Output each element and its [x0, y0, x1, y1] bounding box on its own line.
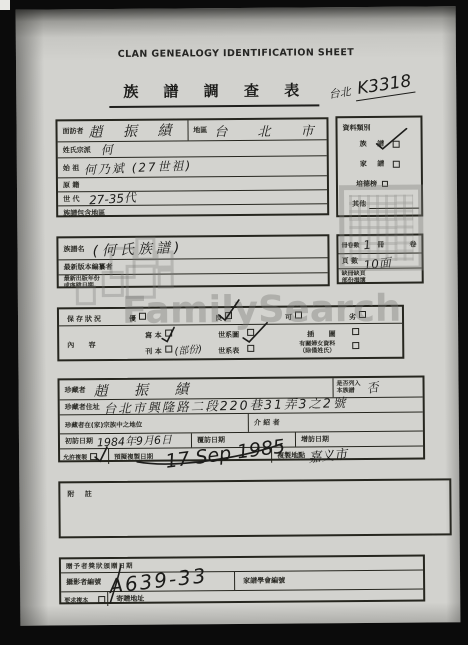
checkbox	[393, 140, 400, 147]
generation-label: 世 代	[63, 194, 80, 204]
condition-label: 保存狀況	[67, 314, 103, 324]
illustration-label: 插 圖	[307, 329, 342, 339]
coverage-label: 族譜包含地區	[63, 208, 105, 218]
notes-label: 附 註	[67, 489, 96, 499]
women-label: 有關婦女資料（除僅姓氏）	[299, 341, 335, 354]
condition-excellent-label: 優	[129, 314, 136, 324]
book-table: 族譜名 (何氏族譜) 最新版本編纂者 最新出版年份或序跋日期	[56, 234, 329, 288]
scanned-form-page: CLAN GENEALOGY IDENTIFICATION SHEET 族 譜 …	[16, 6, 461, 625]
content-label: 內 容	[67, 340, 102, 350]
file-number-prefix: 台北	[328, 85, 352, 101]
origin-label: 原 籍	[63, 180, 80, 190]
damage-label: 缺冊缺頁部份損壞	[342, 271, 366, 284]
checkbox	[352, 342, 359, 349]
award-label: 贈予者獎狀頒贈日期	[66, 561, 134, 571]
surname-value: 何	[100, 141, 113, 159]
checkbox	[247, 329, 254, 336]
checkbox	[247, 345, 254, 352]
checkbox	[225, 312, 232, 319]
pages-value: 10面	[363, 253, 392, 273]
additional-visit-label: 增訪日期	[301, 434, 329, 444]
interview-table: 面訪者 趙 振 績 地區 台 北 市 姓氏宗派 何 始 祖 何乃斌 (27世祖)…	[55, 117, 329, 217]
chart-label: 世系圖	[218, 330, 239, 340]
checkbox	[165, 330, 172, 337]
volume-unit-juan: 卷	[409, 239, 416, 249]
introducer-label: 介 紹 者	[254, 418, 280, 428]
interviewer-value: 趙 振 績	[88, 120, 179, 142]
copy-date-label: 預擬複製日期	[114, 452, 153, 461]
first-visit-label: 初訪日期	[65, 436, 93, 446]
printed-note: (部份)	[174, 340, 203, 358]
scan-corner-notch	[0, 0, 10, 10]
category-option-zupu: 族 譜	[360, 139, 401, 149]
content-row: 內 容 寫 本 世系圖 插 圖 刊 本 (部份) 世系表 有關婦女資料（除僅姓氏…	[59, 323, 402, 364]
checkbox	[139, 313, 146, 320]
category-option-other: 其他	[352, 199, 419, 210]
interviewer-row: 面訪者 趙 振 績 地區 台 北 市	[57, 119, 326, 141]
table-label: 世系表	[218, 346, 239, 356]
volume-row: 冊卷數 1 冊 卷	[338, 236, 421, 254]
address-label: 珍藏者住址	[65, 402, 100, 412]
english-title: CLAN GENEALOGY IDENTIFICATION SHEET	[16, 46, 456, 60]
interviewer-label: 面訪者	[63, 126, 84, 136]
area-value: 台 北 市	[214, 120, 326, 140]
book-name-value: (何氏族譜)	[92, 236, 184, 260]
condition-table: 保存狀況 優 良 可 劣 內 容 寫 本 世系圖 插 圖 刊 本 (部份) 世系…	[57, 305, 404, 362]
condition-good-label: 良	[215, 313, 222, 323]
chinese-title: 族 譜 調 查 表	[109, 79, 319, 108]
editor-label: 最新版本編纂者	[64, 262, 113, 272]
book-name-label: 族譜名	[63, 244, 84, 254]
photographer-number-label: 攝影者編號	[66, 577, 101, 587]
generation-value: 27-35代	[89, 189, 137, 209]
area-label: 地區	[193, 125, 207, 135]
volume-box: 冊卷數 1 冊 卷 頁 數 10面 缺冊缺頁部份損壞	[336, 234, 423, 285]
permit-copy-label: 允許複製	[63, 452, 87, 461]
category-option-peidebang: 培德榜	[356, 179, 388, 189]
footer-table: 贈予者獎狀頒贈日期 攝影者編號 A639-33 家譜學會編號 要求複本 寄贈地址	[59, 555, 425, 605]
category-box: 資料類別 族 譜 家 譜 培德榜 其他	[335, 116, 423, 218]
pubyear-label: 最新出版年份或序跋日期	[64, 276, 100, 289]
society-number-label: 家譜學會編號	[243, 576, 285, 586]
checkbox	[98, 596, 105, 603]
checkbox	[295, 311, 302, 318]
holder-table: 珍藏者 趙 振 績 是否列入本族譜 否 珍藏者住址 台北市興隆路二段220巷31…	[57, 376, 425, 463]
checkbox	[359, 311, 366, 318]
request-copy-label: 要求複本	[64, 595, 88, 604]
ancestor-row: 始 祖 何乃斌 (27世祖)	[58, 155, 327, 177]
condition-fair-label: 可	[285, 313, 292, 323]
volume-value: 1	[363, 237, 372, 252]
category-title: 資料類別	[342, 123, 370, 133]
ancestor-label: 始 祖	[63, 163, 80, 173]
checkbox	[352, 328, 359, 335]
position-label: 珍藏者在(家)宗族中之地位	[65, 419, 143, 429]
volume-label: 冊卷數	[341, 240, 359, 249]
volume-unit-ce: 冊	[377, 239, 384, 249]
pages-row: 頁 數 10面	[339, 253, 422, 269]
copy-place-value: 嘉义市	[307, 443, 348, 466]
book-name-row: 族譜名 (何氏族譜)	[58, 236, 327, 259]
ancestor-value: 何乃斌 (27世祖)	[84, 156, 193, 178]
category-option-jiapu: 家 譜	[360, 159, 401, 169]
manuscript-label: 寫 本	[145, 331, 162, 341]
surname-label: 姓氏宗派	[63, 145, 91, 155]
condition-poor-label: 劣	[349, 312, 356, 322]
checkbox	[382, 181, 388, 187]
printed-label: 刊 本	[145, 347, 162, 357]
checkbox	[165, 346, 172, 353]
notes-box: 附 註	[58, 478, 451, 538]
holder-label: 珍藏者	[65, 385, 86, 395]
pubyear-row: 最新出版年份或序跋日期	[59, 272, 328, 290]
other-blank-line	[369, 199, 419, 208]
first-visit-value: 1984年9月6日	[97, 431, 173, 450]
pages-label: 頁 數	[342, 256, 359, 266]
checkbox	[90, 453, 97, 460]
checkbox	[393, 160, 400, 167]
listed-value: 否	[365, 378, 380, 397]
